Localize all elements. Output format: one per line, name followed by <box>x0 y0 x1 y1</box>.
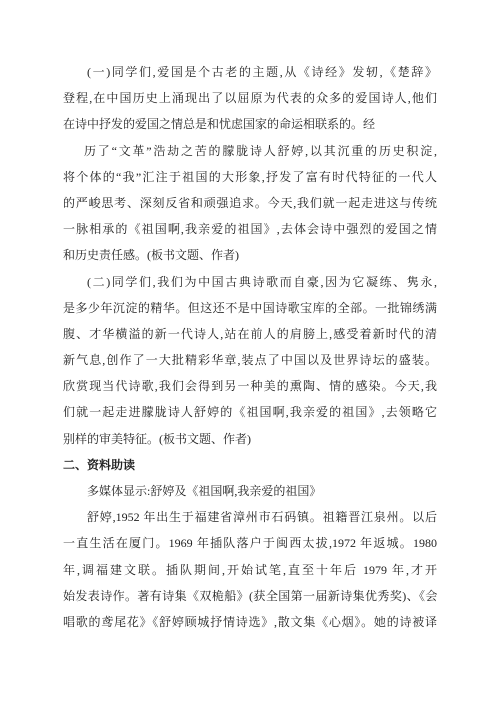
text-line: 欣赏现当代诗歌,我们会得到另一种美的熏陶、情的感染。今天,我 <box>63 373 437 399</box>
section-heading: 二、资料助读 <box>63 452 437 478</box>
text-line: 的严峻思考、深刻反省和顽强追求。今天,我们就一起走进这与传统 <box>63 190 437 216</box>
text-line: 一脉相承的《祖国啊,我亲爱的祖国》,去体会诗中强烈的爱国之情 <box>63 216 437 242</box>
lesson-plan-text: (一)同学们,爱国是个古老的主题,从《诗经》发轫,《楚辞》 登程,在中国历史上涌… <box>63 59 437 635</box>
text-line: 舒婷,1952 年出生于福建省漳州市石码镇。祖籍晋江泉州。以后 <box>63 504 437 530</box>
document-page: (一)同学们,爱国是个古老的主题,从《诗经》发轫,《楚辞》 登程,在中国历史上涌… <box>0 0 500 707</box>
text-line: 始发表诗作。著有诗集《双桅船》(获全国第一届新诗集优秀奖)、《会 <box>63 583 437 609</box>
text-line: 和历史责任感。(板书文题、作者) <box>63 242 437 268</box>
text-line: 在诗中抒发的爱国之情总是和忧虑国家的命运相联系的。经 <box>63 111 437 137</box>
text-line: 是多少年沉淀的精华。但这还不是中国诗歌宝库的全部。一批锦绣满 <box>63 295 437 321</box>
text-line: 们就一起走进朦胧诗人舒婷的《祖国啊,我亲爱的祖国》,去领略它 <box>63 399 437 425</box>
text-line: (一)同学们,爱国是个古老的主题,从《诗经》发轫,《楚辞》 <box>63 59 437 85</box>
text-line: 历了“文革”浩劫之苦的朦胧诗人舒婷,以其沉重的历史积淀, <box>63 138 437 164</box>
text-line: 登程,在中国历史上涌现出了以屈原为代表的众多的爱国诗人,他们 <box>63 85 437 111</box>
text-line: 新气息,创作了一大批精彩华章,装点了中国以及世界诗坛的盛装。 <box>63 347 437 373</box>
text-line: 唱歌的鸢尾花》《舒婷顾城抒情诗选》,散文集《心烟》。她的诗被译 <box>63 609 437 635</box>
text-line: (二)同学们,我们为中国古典诗歌而自豪,因为它凝练、隽永, <box>63 269 437 295</box>
text-line: 别样的审美特征。(板书文题、作者) <box>63 426 437 452</box>
text-line: 腹、才华横溢的新一代诗人,站在前人的肩膀上,感受着新时代的清 <box>63 321 437 347</box>
text-line: 一直生活在厦门。1969 年插队落户于闽西太拔,1972 年返城。1980 <box>63 530 437 556</box>
text-line: 将个体的“我”汇注于祖国的大形象,抒发了富有时代特征的一代人 <box>63 164 437 190</box>
text-line: 年,调福建文联。插队期间,开始试笔,直至十年后 1979 年,才开 <box>63 557 437 583</box>
media-display-line: 多媒体显示:舒婷及《祖国啊,我亲爱的祖国》 <box>63 478 437 504</box>
